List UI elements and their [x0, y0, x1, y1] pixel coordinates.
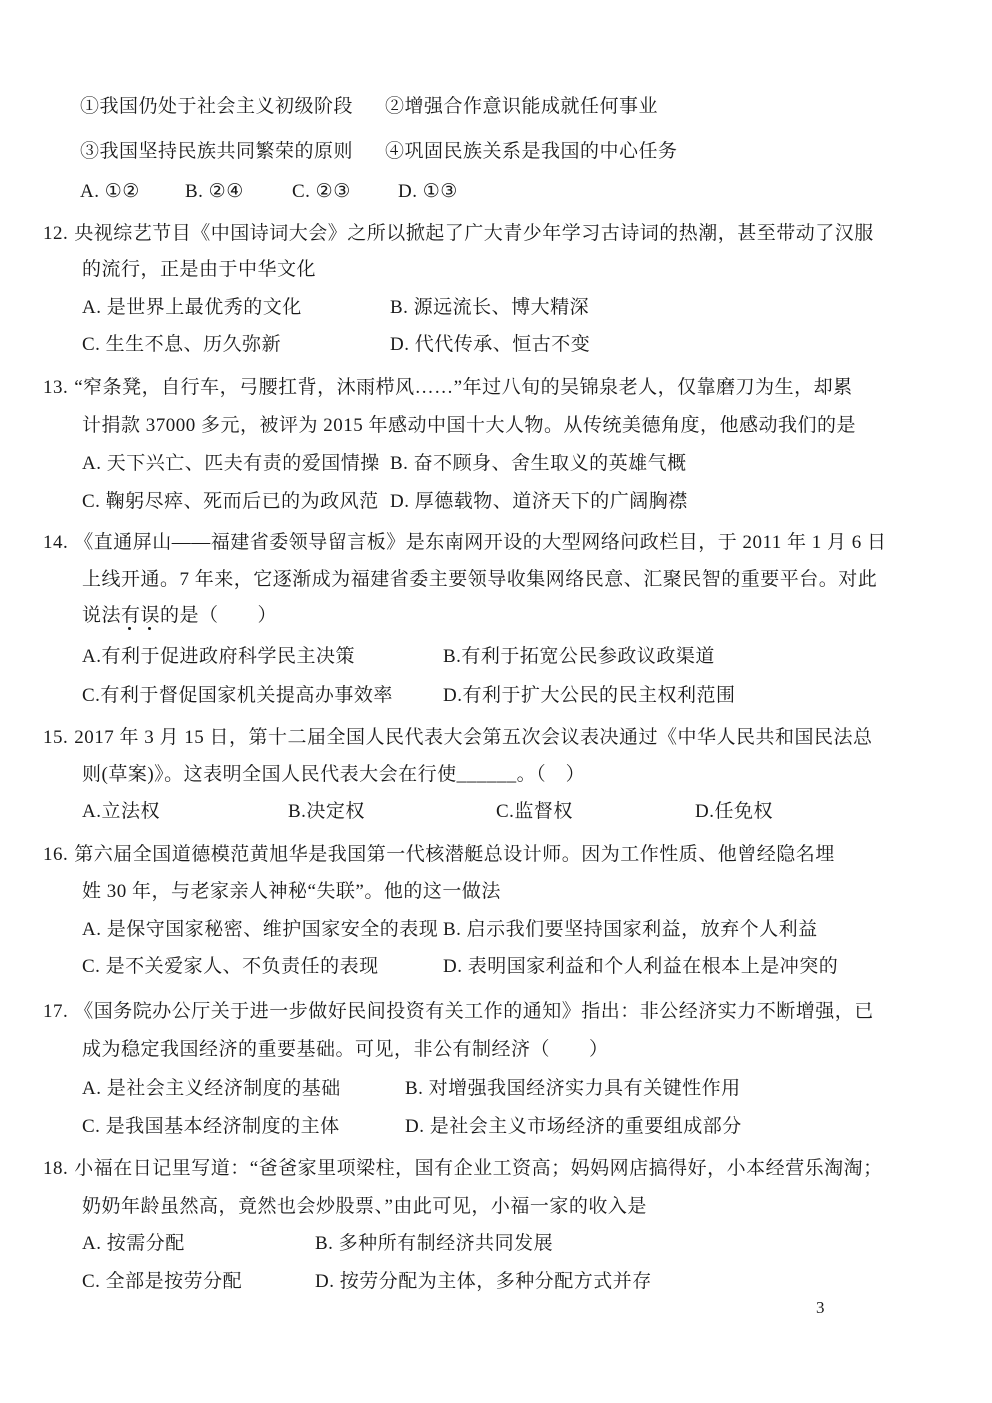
question-16-number: 16.	[43, 844, 68, 865]
question-12-option-d: D. 代代传承、恒古不变	[390, 333, 590, 357]
question-12-number: 12.	[43, 223, 68, 244]
question-15-number: 15.	[43, 727, 68, 748]
question-14-option-a: A.有利于促进政府科学民主决策	[82, 645, 355, 669]
question-12-stem-text: 央视综艺节目《中国诗词大会》之所以掀起了广大青少年学习古诗词的热潮，甚至带动了汉…	[74, 223, 874, 244]
question-17-option-c: C. 是我国基本经济制度的主体	[82, 1115, 340, 1139]
question-15-stem-line-2: 则(草案)》。这表明全国人民代表大会在行使______。（ ）	[82, 763, 585, 787]
question-15-option-a: A.立法权	[82, 800, 160, 824]
question-16-option-b: B. 启示我们要坚持国家利益，放弃个人利益	[443, 918, 818, 942]
question-18-option-c: C. 全部是按劳分配	[82, 1270, 242, 1294]
question-13-option-c: C. 鞠躬尽瘁、死而后已的为政风范	[82, 490, 379, 514]
question-14-number: 14.	[43, 532, 68, 553]
question-18-stem-line-1: 18.小福在日记里写道：“爸爸家里项梁柱，国有企业工资高；妈妈网店搞得好，小本经…	[43, 1157, 883, 1181]
question-11-option-d: D. ①③	[398, 180, 458, 204]
question-13-stem-text: “窄条凳，自行车，弓腰扛背，沐雨栉风……”年过八旬的吴锦泉老人，仅靠磨刀为生，却…	[74, 377, 852, 398]
question-11-statement-1: ①我国仍处于社会主义初级阶段	[80, 95, 353, 119]
question-11-option-a: A. ①②	[80, 180, 140, 204]
question-15-stem-line-1: 15.2017 年 3 月 15 日，第十二届全国人民代表大会第五次会议表决通过…	[43, 726, 873, 750]
question-12-stem-line-2: 的流行，正是由于中华文化	[82, 258, 316, 282]
question-17-stem-line-2: 成为稳定我国经济的重要基础。可见，非公有制经济（ ）	[82, 1038, 609, 1062]
question-14-option-b: B.有利于拓宽公民参政议政渠道	[443, 645, 715, 669]
question-15-option-b: B.决定权	[288, 800, 365, 824]
question-18-option-b: B. 多种所有制经济共同发展	[315, 1232, 553, 1256]
question-12-option-b: B. 源远流长、博大精深	[390, 296, 589, 320]
question-11-statement-3: ③我国坚持民族共同繁荣的原则	[80, 140, 353, 164]
question-17-stem-line-1: 17.《国务院办公厅关于进一步做好民间投资有关工作的通知》指出：非公经济实力不断…	[43, 1000, 874, 1024]
question-13-option-a: A. 天下兴亡、匹夫有责的爱国情操	[82, 452, 380, 476]
question-16-stem-line-1: 16.第六届全国道德模范黄旭华是我国第一代核潜艇总设计师。因为工作性质、他曾经隐…	[43, 843, 835, 867]
question-17-option-a: A. 是社会主义经济制度的基础	[82, 1077, 341, 1101]
question-13-option-d: D. 厚德载物、道济天下的广阔胸襟	[390, 490, 688, 514]
question-15-option-d: D.任免权	[695, 800, 773, 824]
question-12-option-a: A. 是世界上最优秀的文化	[82, 296, 302, 320]
question-18-option-d: D. 按劳分配为主体，多种分配方式并存	[315, 1270, 652, 1294]
question-16-option-c: C. 是不关爱家人、不负责任的表现	[82, 955, 379, 979]
question-17-option-b: B. 对增强我国经济实力具有关键性作用	[405, 1077, 741, 1101]
question-14-emphasized-word: 有误	[121, 604, 160, 628]
question-11-option-b: B. ②④	[185, 180, 244, 204]
question-18-stem-text: 小福在日记里写道：“爸爸家里项梁柱，国有企业工资高；妈妈网店搞得好，小本经营乐淘…	[74, 1158, 882, 1179]
question-14-option-d: D.有利于扩大公民的民主权利范围	[443, 684, 735, 708]
question-17-option-d: D. 是社会主义市场经济的重要组成部分	[405, 1115, 742, 1139]
question-14-stem3-pre: 说法	[82, 605, 121, 626]
question-14-stem-text: 《直通屏山——福建省委领导留言板》是东南网开设的大型网络问政栏目，于 2011 …	[74, 532, 886, 553]
page-number: 3	[816, 1298, 825, 1318]
question-14-stem-line-3: 说法有误的是（ ）	[82, 604, 277, 628]
question-13-stem-line-2: 计捐款 37000 多元，被评为 2015 年感动中国十大人物。从传统美德角度，…	[82, 414, 856, 438]
question-17-number: 17.	[43, 1001, 68, 1022]
question-16-option-a: A. 是保守国家秘密、维护国家安全的表现	[82, 918, 438, 942]
question-14-stem3-post: 的是（ ）	[160, 605, 277, 626]
question-14-stem-line-2: 上线开通。7 年来，它逐渐成为福建省委主要领导收集网络民意、汇聚民智的重要平台。…	[82, 568, 877, 592]
question-12-option-c: C. 生生不息、历久弥新	[82, 333, 281, 357]
question-16-stem-text: 第六届全国道德模范黄旭华是我国第一代核潜艇总设计师。因为工作性质、他曾经隐名埋	[74, 844, 835, 865]
question-11-option-c: C. ②③	[292, 180, 351, 204]
question-18-number: 18.	[43, 1158, 68, 1179]
exam-page: ①我国仍处于社会主义初级阶段 ②增强合作意识能成就任何事业 ③我国坚持民族共同繁…	[0, 0, 992, 1403]
question-11-statement-4: ④巩固民族关系是我国的中心任务	[385, 140, 678, 164]
question-15-stem-text: 2017 年 3 月 15 日，第十二届全国人民代表大会第五次会议表决通过《中华…	[74, 727, 872, 748]
question-13-number: 13.	[43, 377, 68, 398]
question-11-statement-2: ②增强合作意识能成就任何事业	[385, 95, 658, 119]
question-18-stem-line-2: 奶奶年龄虽然高，竟然也会炒股票、”由此可见，小福一家的收入是	[82, 1195, 647, 1219]
question-12-stem-line-1: 12.央视综艺节目《中国诗词大会》之所以掀起了广大青少年学习古诗词的热潮，甚至带…	[43, 222, 874, 246]
question-14-stem-line-1: 14.《直通屏山——福建省委领导留言板》是东南网开设的大型网络问政栏目，于 20…	[43, 531, 887, 555]
question-18-option-a: A. 按需分配	[82, 1232, 185, 1256]
question-17-stem-text: 《国务院办公厅关于进一步做好民间投资有关工作的通知》指出：非公经济实力不断增强，…	[74, 1001, 874, 1022]
question-16-stem-line-2: 姓 30 年，与老家亲人神秘“失联”。他的这一做法	[82, 880, 501, 904]
question-13-stem-line-1: 13.“窄条凳，自行车，弓腰扛背，沐雨栉风……”年过八旬的吴锦泉老人，仅靠磨刀为…	[43, 376, 853, 400]
question-15-option-c: C.监督权	[496, 800, 573, 824]
question-16-option-d: D. 表明国家利益和个人利益在根本上是冲突的	[443, 955, 838, 979]
question-13-option-b: B. 奋不顾身、舍生取义的英雄气概	[390, 452, 687, 476]
question-14-option-c: C.有利于督促国家机关提高办事效率	[82, 684, 393, 708]
